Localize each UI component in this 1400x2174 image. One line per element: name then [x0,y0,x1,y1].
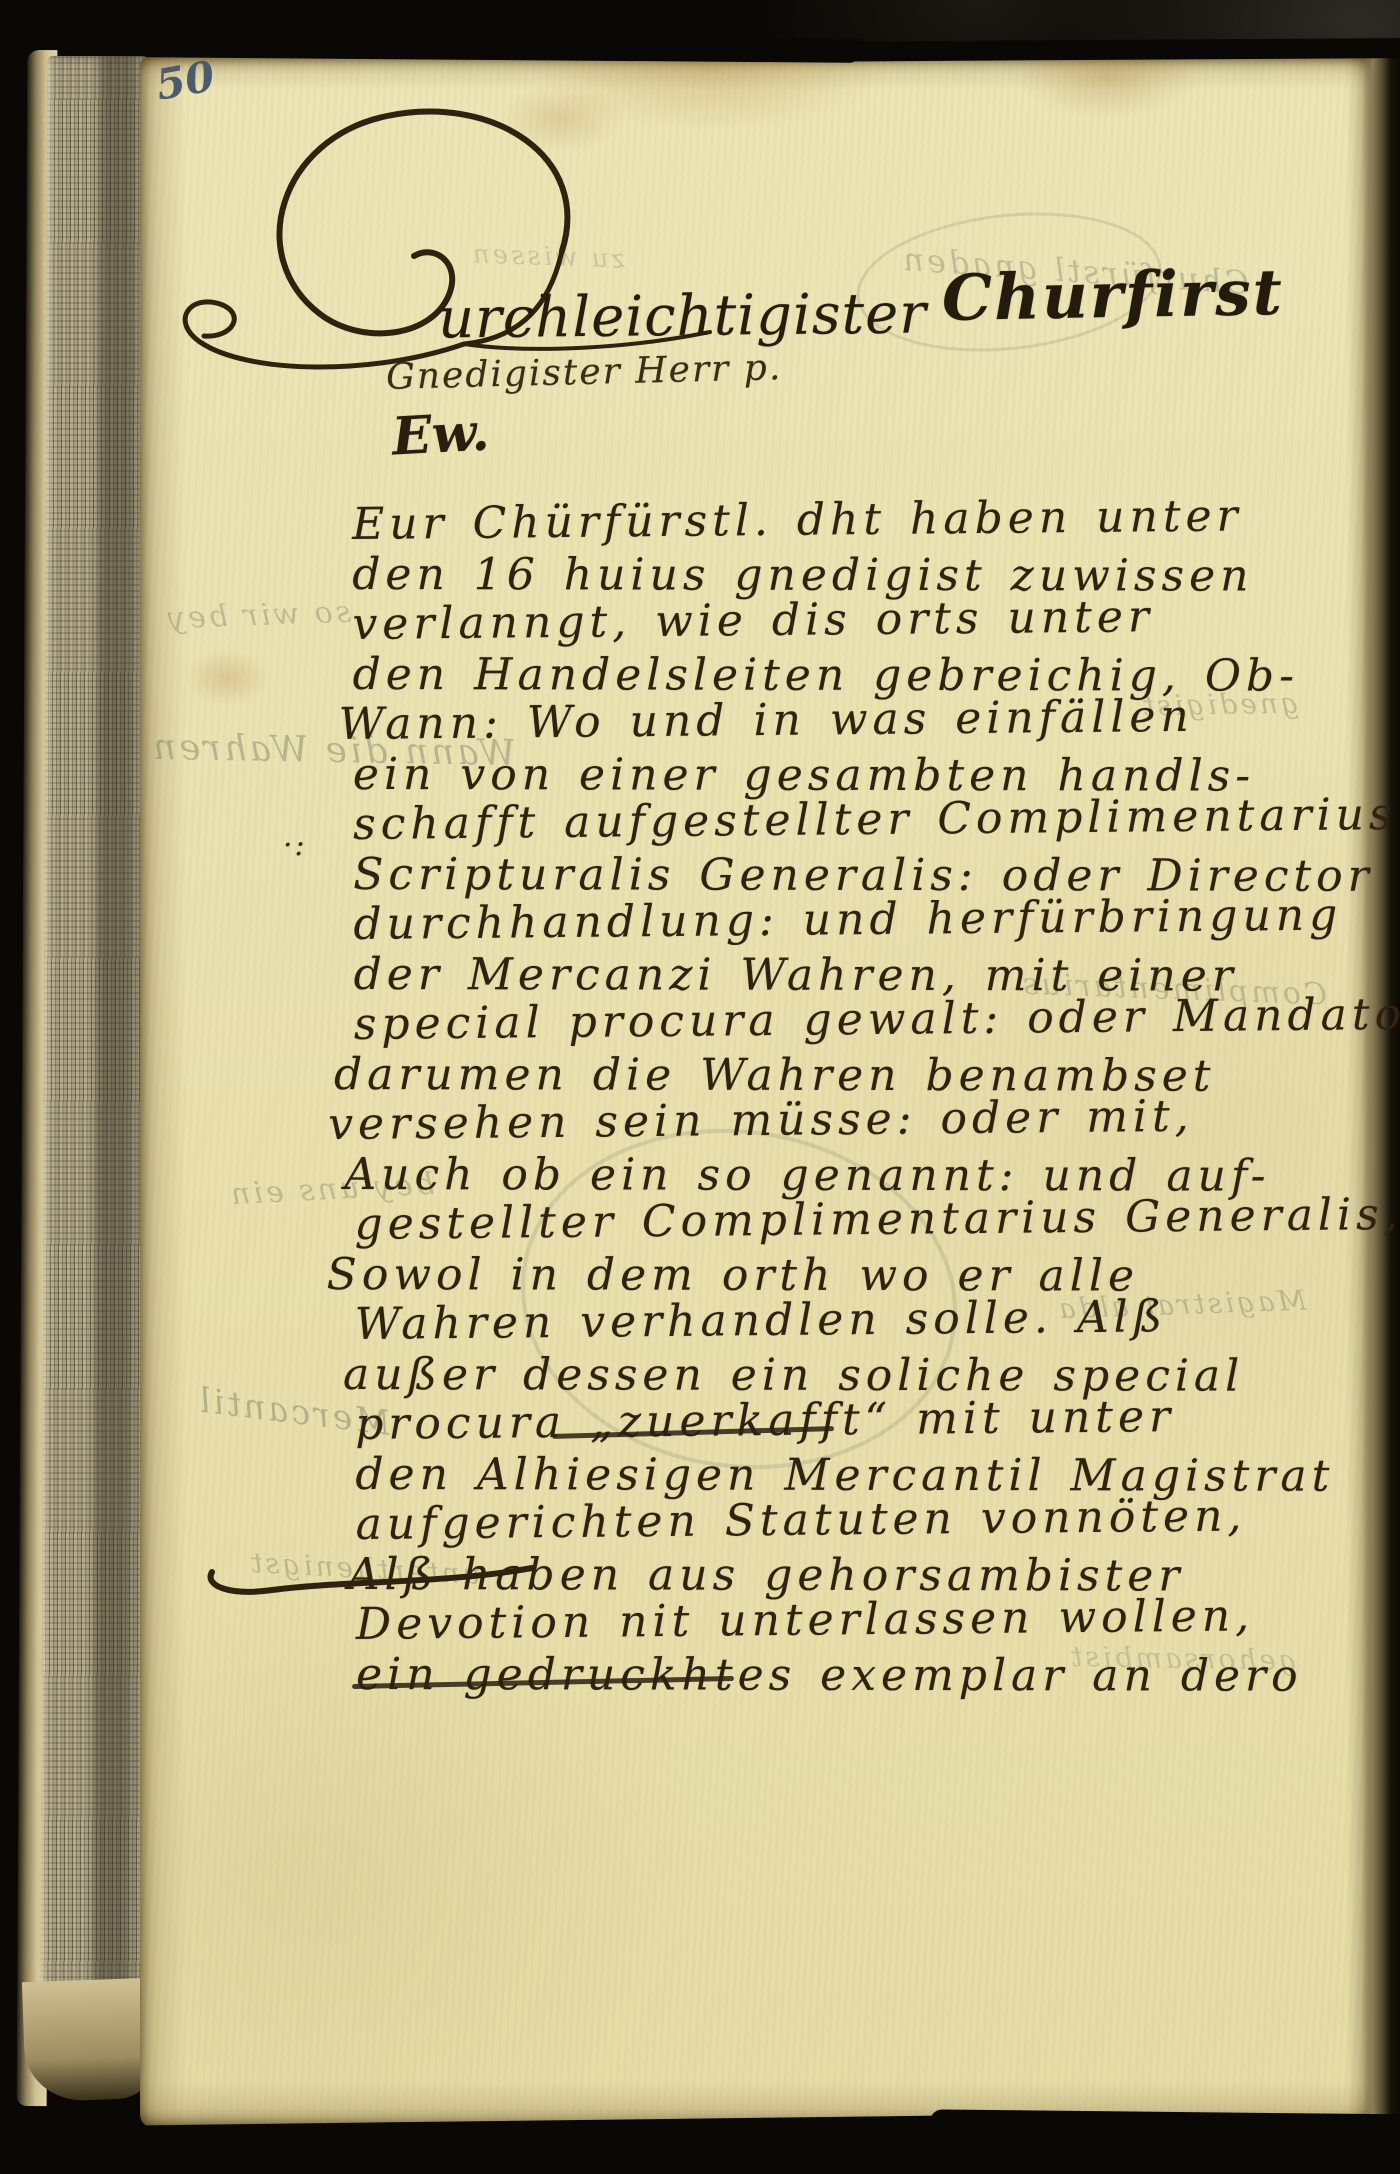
book-cover-corner [22,1978,156,2102]
body-text: Eur Chürfürstl. dht haben unter den 16 h… [352,496,1400,1700]
body-line: ein gedruckhtes exemplar an dero [356,1650,1400,1702]
body-line: durchhandlung: und herfürbringung [353,890,1400,950]
opening-initial: Ew. [390,401,490,467]
page-bottom-edge [930,2109,1400,2160]
body-line: special procura gewalt: oder Mandato [354,990,1400,1050]
body-line: versehen sein müsse: oder mit, [328,1090,1400,1150]
body-line: schafft aufgestellter Complimentarius [353,790,1400,850]
manuscript-photo: Churfürstl gnaden zu wissen so wir bey W… [0,0,1400,2174]
heading-word-churfirst: Churfirst [941,255,1284,335]
heading-word-durchleuchtigister: urchleichtigister [438,281,928,351]
body-line: verlanngt, wie dis orts unter [352,590,1400,650]
body-line: Devotion nit unterlassen wollen, [356,1590,1400,1650]
folio-number: 50 [152,51,218,109]
body-line: gestellter Complimentarius Generalis, [354,1190,1400,1250]
body-line: aufgerichten Statuten vonnöten, [355,1490,1400,1550]
body-line: Wann: Wo und in was einfällen [339,690,1400,750]
page-top-edge [760,38,1400,62]
body-line: Wahren verhandlen solle. Alß [355,1290,1400,1350]
body-line: procura „zuerkafft“ mit unter [355,1390,1400,1450]
body-line: Eur Chürfürstl. dht haben unter [352,490,1400,550]
margin-mark: ·: [283,828,307,863]
